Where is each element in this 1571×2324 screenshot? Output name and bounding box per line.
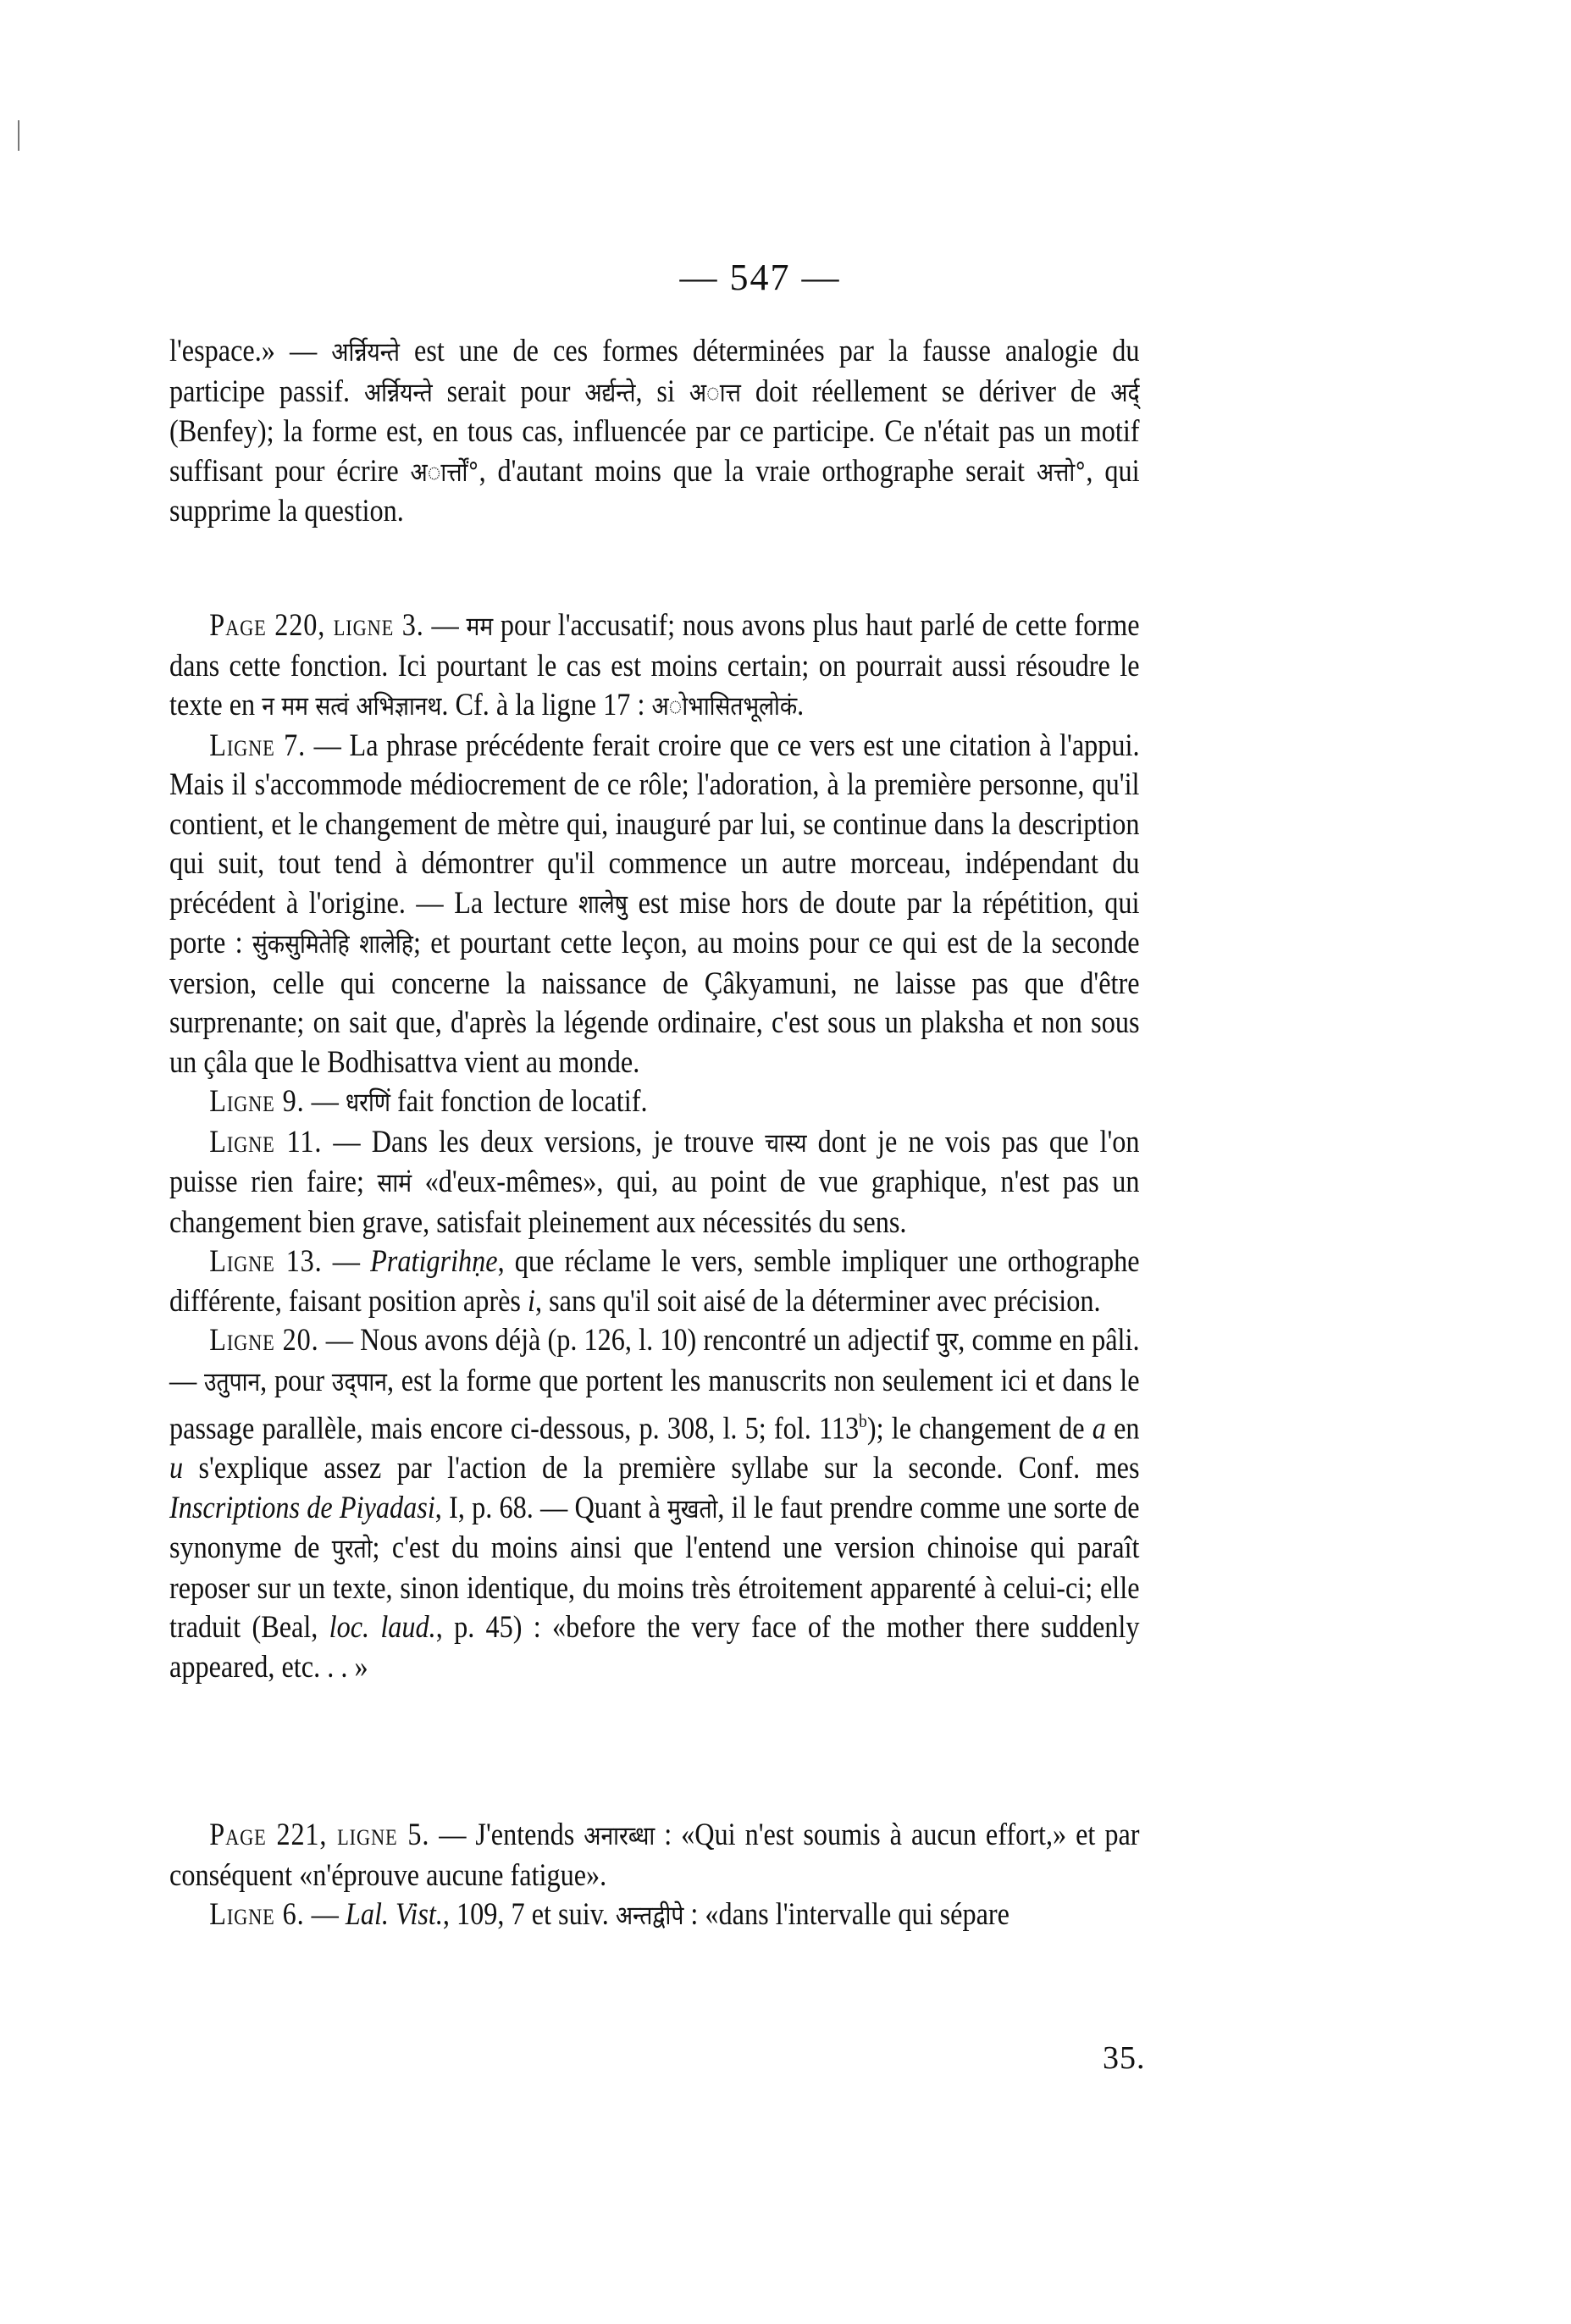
text-run: . Cf. à la ligne 17 : [441,688,651,722]
text-run: . [797,688,804,722]
sanskrit-word: चास्य [765,1128,806,1159]
text-run: — [305,1084,346,1119]
paragraph: Page 220, ligne 3. — मम pour l'accusatif… [169,606,1140,727]
paragraph: Ligne 6. — Lal. Vist., 109, 7 et suiv. अ… [169,1895,1140,1936]
sanskrit-word: अत्तो° [1037,457,1087,488]
text-run: fait fonction de locatif. [390,1084,648,1119]
sanskrit-word: अर्द्यन्ते [584,378,635,408]
paragraph: Ligne 13. — Pratigrihṇe, que réclame le … [169,1242,1140,1321]
sanskrit-word: न मम सत्वं अभिज्ञानथ [262,691,441,722]
note-reference-label: Ligne 7. [209,728,306,763]
sanskrit-word: सामं [377,1168,412,1198]
text-run: — J'entends [429,1818,584,1852]
italic-text: Lal. Vist. [346,1897,443,1932]
scan-margin-mark [18,120,19,151]
note-reference-label: Ligne 20. [209,1323,318,1358]
sanskrit-word: उतुपान [204,1367,260,1397]
note-reference-label: Ligne 11. [209,1125,322,1159]
page-number: — 547 — [0,256,1546,299]
paragraph: Page 221, ligne 5. — J'entends अनारब्धा … [169,1816,1140,1895]
sanskrit-word: अोभासितभूलोकं [651,691,797,722]
note-reference-label: Page 221, ligne 5. [209,1818,429,1852]
sanskrit-word: उद्पान [332,1367,387,1397]
sanskrit-word: धरणिं [346,1087,390,1118]
sanskrit-word: शालेषु [578,889,628,920]
note-reference-label: Ligne 6. [209,1897,304,1932]
paragraph: Ligne 20. — Nous avons déjà (p. 126, l. … [169,1321,1140,1687]
text-run: l'espace.» — [169,334,331,368]
sanskrit-word: पुर [936,1326,958,1357]
paragraph: Ligne 7. — La phrase précédente ferait c… [169,727,1140,1083]
text-run: b [859,1410,867,1431]
sanskrit-word: अन्तद्वीपे [616,1901,684,1931]
sanskrit-word: अर्न्नियन्ते [364,378,433,408]
text-run: , sans qu'il soit aisé de la déterminer … [535,1284,1101,1319]
text-run: : «dans l'intervalle qui sépare [683,1897,1010,1932]
sanskrit-word: मुखतो [667,1494,717,1524]
text-run: doit réellement se dériver de [741,374,1110,409]
sanskrit-word: अात्त [689,378,741,408]
sanskrit-word: मम [467,611,494,642]
sanskrit-word: अनारब्धा [584,1821,655,1851]
italic-text: i [528,1284,535,1319]
text-run: — [305,1897,346,1932]
note-reference-label: Page 220, ligne 3. [209,608,423,643]
sanskrit-word: पुरतो [332,1534,373,1564]
text-block-page-220-notes: Page 220, ligne 3. — मम pour l'accusatif… [169,606,1140,1687]
text-run: ); le changement de [867,1412,1093,1447]
text-run: — Nous avons déjà (p. 126, l. 10) rencon… [319,1323,937,1358]
text-run: , si [635,374,689,409]
italic-text: a [1093,1412,1106,1447]
text-run: , pour [260,1364,332,1398]
text-block-page-221-notes: Page 221, ligne 5. — J'entends अनारब्धा … [169,1816,1140,1936]
paragraph: Ligne 9. — धरणिं fait fonction de locati… [169,1082,1140,1123]
italic-text: Pratigrihṇe [370,1244,498,1279]
text-run: , 109, 7 et suiv. [443,1897,616,1932]
sanskrit-word: अर्न्नियन्ते [331,337,400,368]
text-run: — Dans les deux versions, je trouve [322,1125,765,1159]
text-run: , I, p. 68. — Quant à [435,1491,667,1525]
sanskrit-word: अार्त्तों° [410,457,478,488]
signature-mark: 35. [1103,2039,1146,2077]
note-reference-label: Ligne 9. [209,1084,304,1119]
paragraph: Ligne 11. — Dans les deux versions, je t… [169,1123,1140,1243]
sanskrit-word: अर्द् [1110,378,1139,408]
italic-text: u [169,1451,183,1486]
text-run: serait pour [433,374,585,409]
sanskrit-word: सुंकसुमितेहि शालेहि [252,929,413,960]
text-run: , d'autant moins que la vraie orthograph… [479,454,1037,489]
italic-text: loc. laud. [329,1610,436,1645]
note-reference-label: Ligne 13. [209,1244,322,1279]
italic-text: Inscriptions de Piyadasi [169,1491,435,1525]
text-run: — [424,608,467,643]
text-block-continuation: l'espace.» — अर्न्नियन्ते est une de ces… [169,332,1140,532]
text-run: en [1106,1412,1140,1447]
paragraph: l'espace.» — अर्न्नियन्ते est une de ces… [169,332,1140,532]
text-run: s'explique assez par l'action de la prem… [183,1451,1139,1486]
text-run: — [323,1244,371,1279]
